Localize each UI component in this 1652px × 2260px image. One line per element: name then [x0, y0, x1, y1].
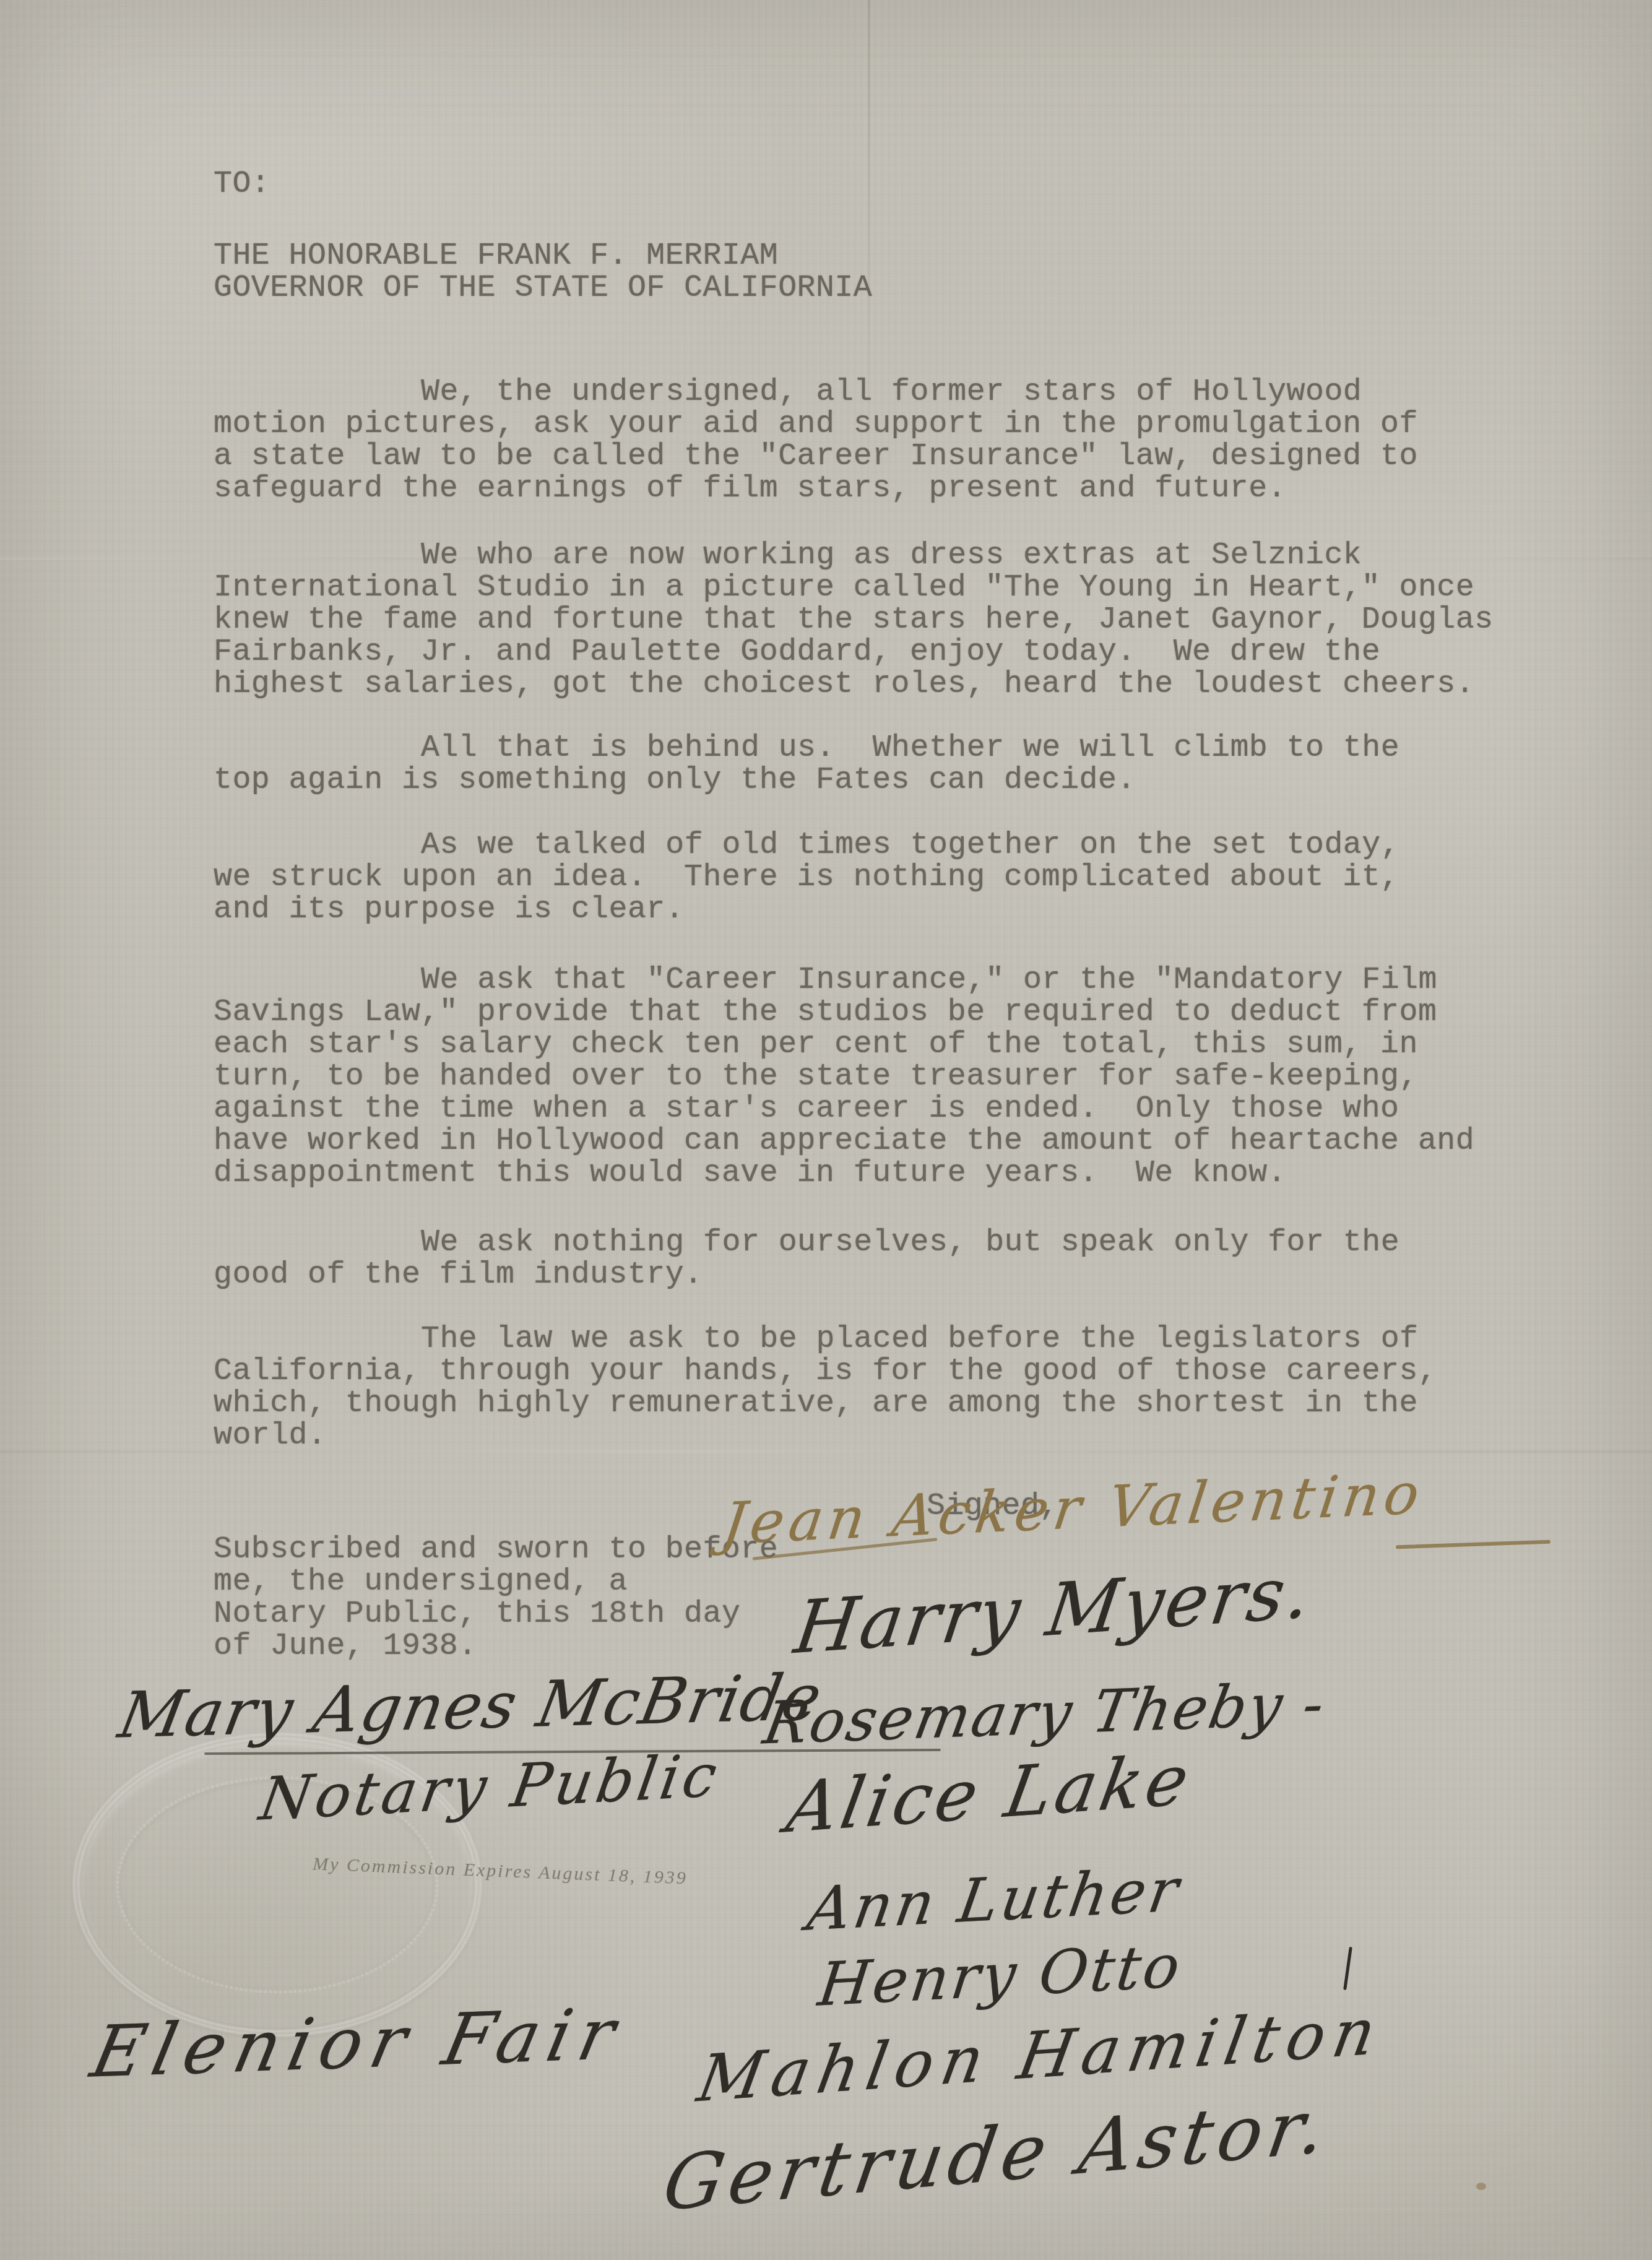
- typed-line: have worked in Hollywood can appreciate …: [214, 1125, 1575, 1158]
- paragraph: We ask nothing for ourselves, but speak …: [214, 1227, 1575, 1291]
- typed-line: knew the fame and fortune that the stars…: [214, 604, 1575, 636]
- signature-alice-lake: Alice Lake: [781, 1739, 1198, 1848]
- typed-line: Savings Law," provide that the studios b…: [214, 997, 1575, 1029]
- typed-line: disappointment this would save in future…: [214, 1158, 1575, 1190]
- typed-to-label: TO:: [214, 168, 1575, 201]
- paragraph: The law we ask to be placed before the l…: [214, 1323, 1575, 1452]
- typed-line: We ask nothing for ourselves, but speak …: [214, 1227, 1575, 1259]
- paper-stain: [1476, 2183, 1486, 2190]
- paragraph: All that is behind us. Whether we will c…: [214, 732, 1575, 797]
- typed-line: The law we ask to be placed before the l…: [214, 1323, 1575, 1356]
- typed-line: which, though highly remunerative, are a…: [214, 1388, 1575, 1420]
- recipient-block: THE HONORABLE FRANK F. MERRIAM GOVERNOR …: [214, 240, 1575, 305]
- typed-line: California, through your hands, is for t…: [214, 1356, 1575, 1388]
- paragraph: We who are now working as dress extras a…: [214, 540, 1575, 701]
- letter-page: TO: THE HONORABLE FRANK F. MERRIAM GOVER…: [0, 0, 1652, 2260]
- typed-line: highest salaries, got the choicest roles…: [214, 669, 1575, 701]
- typed-line: top again is something only the Fates ca…: [214, 764, 1575, 797]
- typed-line: We who are now working as dress extras a…: [214, 540, 1575, 572]
- typed-line: world.: [214, 1420, 1575, 1452]
- typed-line: Fairbanks, Jr. and Paulette Goddard, enj…: [214, 636, 1575, 669]
- typed-line: safeguard the earnings of film stars, pr…: [214, 473, 1575, 505]
- paragraph: We, the undersigned, all former stars of…: [214, 376, 1575, 505]
- typed-line: turn, to be handed over to the state tre…: [214, 1061, 1575, 1093]
- typed-line: International Studio in a picture called…: [214, 572, 1575, 604]
- typed-line: We ask that "Career Insurance," or the "…: [214, 964, 1575, 997]
- typed-line: a state law to be called the "Career Ins…: [214, 441, 1575, 473]
- typed-line: As we talked of old times together on th…: [214, 829, 1575, 862]
- typed-line: We, the undersigned, all former stars of…: [214, 376, 1575, 409]
- typed-line: All that is behind us. Whether we will c…: [214, 732, 1575, 764]
- typed-line: against the time when a star's career is…: [214, 1093, 1575, 1125]
- typed-line: motion pictures, ask your aid and suppor…: [214, 409, 1575, 441]
- signature-ann-luther: Ann Luther: [803, 1855, 1186, 1944]
- recipient-line: THE HONORABLE FRANK F. MERRIAM: [214, 240, 1575, 272]
- typed-line: each star's salary check ten per cent of…: [214, 1029, 1575, 1061]
- typed-line: and its purpose is clear.: [214, 894, 1575, 926]
- signature-henry-otto: Henry Otto: [815, 1931, 1186, 2020]
- typed-line: we struck upon an idea. There is nothing…: [214, 862, 1575, 894]
- signature-rosemary-theby: Rosemary Theby -: [759, 1670, 1331, 1757]
- paragraph: As we talked of old times together on th…: [214, 829, 1575, 926]
- recipient-line: GOVERNOR OF THE STATE OF CALIFORNIA: [214, 272, 1575, 305]
- pen-stroke-tick: [1343, 1947, 1352, 1990]
- signature-mary-agnes-mcbride: Mary Agnes McBride: [113, 1660, 828, 1752]
- typed-line: good of the film industry.: [214, 1259, 1575, 1291]
- paragraph: We ask that "Career Insurance," or the "…: [214, 964, 1575, 1190]
